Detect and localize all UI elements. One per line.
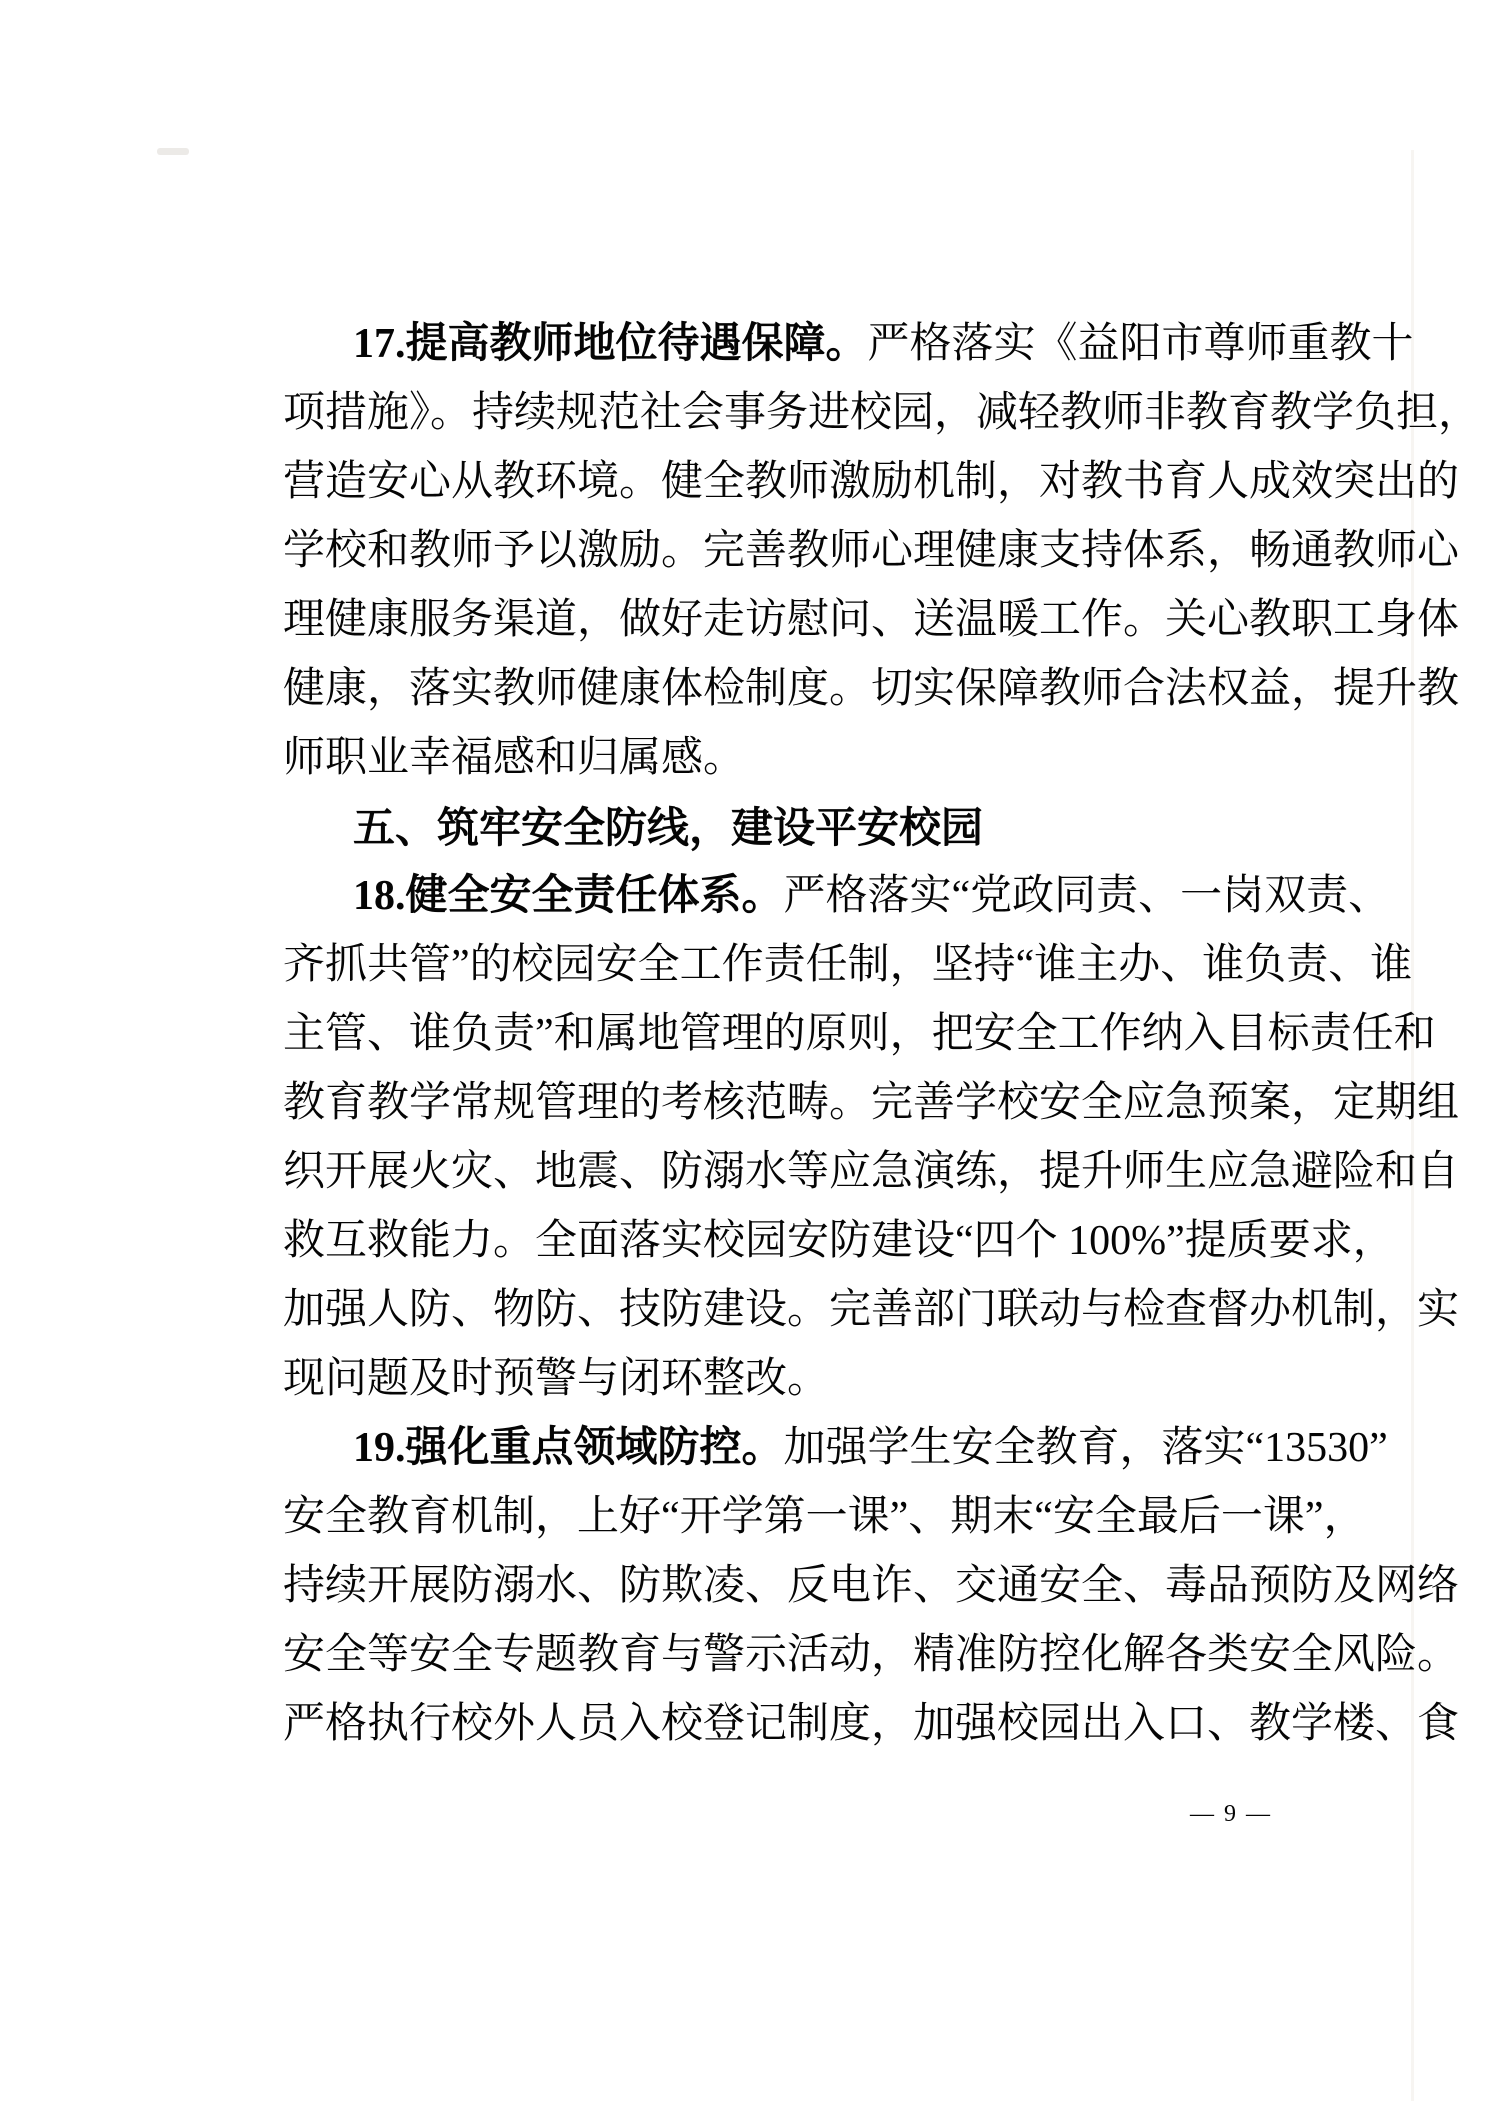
document-body: 17.提高教师地位待遇保障。严格落实《益阳市尊师重教十 项措施》。持续规范社会事… xyxy=(283,310,1272,1759)
text-line: 救互救能力。全面落实校园安防建设“四个 100%”提质要求， xyxy=(283,1207,1272,1276)
text-run: 严格落实《益阳市尊师重教十 xyxy=(868,321,1414,367)
text-run: 加强学生安全教育，落实“13530” xyxy=(784,1425,1388,1471)
text-line: 齐抓共管”的校园安全工作责任制，坚持“谁主办、谁负责、谁 xyxy=(283,931,1272,1000)
page-number: — 9 — xyxy=(1190,1798,1272,1830)
text-line: 安全教育机制，上好“开学第一课”、期末“安全最后一课”， xyxy=(283,1483,1272,1552)
text-line: 安全等安全专题教育与警示活动，精准防控化解各类安全风险。 xyxy=(283,1621,1272,1690)
text-line: 营造安心从教环境。健全教师激励机制，对教书育人成效突出的 xyxy=(283,448,1272,517)
item-18-last-line: 现问题及时预警与闭环整改。 xyxy=(283,1345,1272,1414)
item-17-lead: 17.提高教师地位待遇保障。 xyxy=(353,321,868,367)
item-18-line: 18.健全安全责任体系。严格落实“党政同责、一岗双责、 xyxy=(283,862,1272,931)
text-line: 学校和教师予以激励。完善教师心理健康支持体系，畅通教师心 xyxy=(283,517,1272,586)
text-line: 加强人防、物防、技防建设。完善部门联动与检查督办机制，实 xyxy=(283,1276,1272,1345)
text-line: 健康，落实教师健康体检制度。切实保障教师合法权益，提升教 xyxy=(283,655,1272,724)
text-line: 织开展火灾、地震、防溺水等应急演练，提升师生应急避险和自 xyxy=(283,1138,1272,1207)
text-run: 严格落实“党政同责、一岗双责、 xyxy=(784,873,1391,919)
item-19-lead: 19.强化重点领域防控。 xyxy=(353,1425,784,1471)
scan-smudge-artifact xyxy=(157,148,189,155)
section-5-heading: 五、筑牢安全防线，建设平安校园 xyxy=(283,793,1272,862)
text-line: 理健康服务渠道，做好走访慰问、送温暖工作。关心教职工身体 xyxy=(283,586,1272,655)
document-page: 17.提高教师地位待遇保障。严格落实《益阳市尊师重教十 项措施》。持续规范社会事… xyxy=(0,0,1485,2101)
item-18-lead: 18.健全安全责任体系。 xyxy=(353,873,784,919)
text-line: 教育教学常规管理的考核范畴。完善学校安全应急预案，定期组 xyxy=(283,1069,1272,1138)
text-line: 持续开展防溺水、防欺凌、反电诈、交通安全、毒品预防及网络 xyxy=(283,1552,1272,1621)
text-line: 严格执行校外人员入校登记制度，加强校园出入口、教学楼、食 xyxy=(283,1690,1272,1759)
item-17-line: 17.提高教师地位待遇保障。严格落实《益阳市尊师重教十 xyxy=(283,310,1272,379)
text-line: 主管、谁负责”和属地管理的原则，把安全工作纳入目标责任和 xyxy=(283,1000,1272,1069)
text-line: 项措施》。持续规范社会事务进校园，减轻教师非教育教学负担， xyxy=(283,379,1272,448)
item-17-last-line: 师职业幸福感和归属感。 xyxy=(283,724,1272,793)
item-19-line: 19.强化重点领域防控。加强学生安全教育，落实“13530” xyxy=(283,1414,1272,1483)
